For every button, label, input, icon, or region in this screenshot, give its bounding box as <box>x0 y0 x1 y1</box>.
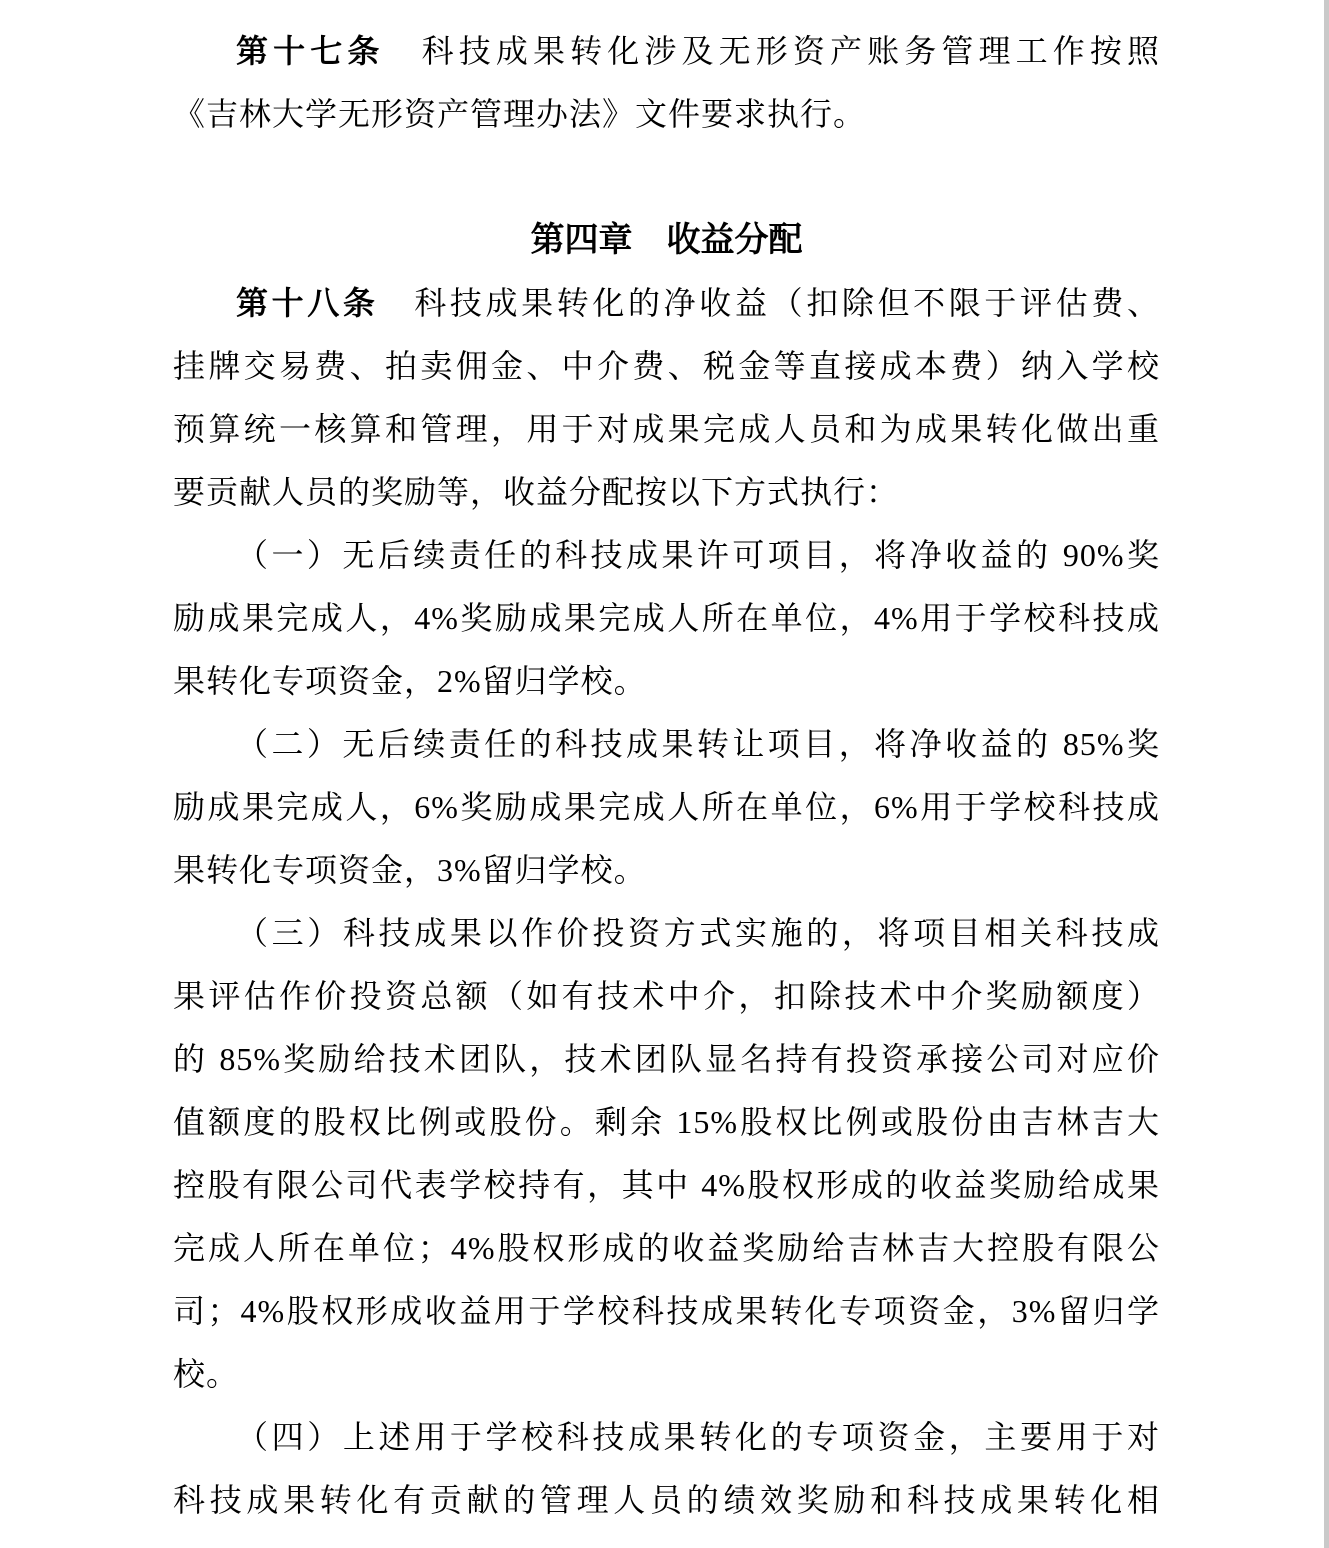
text-line: （一）无后续责任的科技成果许可项目，将净收益的 90%奖 <box>173 524 1160 587</box>
chapter-heading: 第四章 收益分配 <box>173 209 1160 272</box>
text-line: 校。 <box>173 1343 1160 1406</box>
text-line: （二）无后续责任的科技成果转让项目，将净收益的 85%奖 <box>173 713 1160 776</box>
text-line: 的 85%奖励给技术团队，技术团队显名持有投资承接公司对应价 <box>173 1028 1160 1091</box>
text-line-body: 科技成果转化涉及无形资产账务管理工作按照 <box>385 33 1160 69</box>
text-line: （三）科技成果以作价投资方式实施的，将项目相关科技成 <box>173 902 1160 965</box>
text-line: 励成果完成人，4%奖励成果完成人所在单位，4%用于学校科技成 <box>173 587 1160 650</box>
document-content: 第十七条 科技成果转化涉及无形资产账务管理工作按照 《吉林大学无形资产管理办法》… <box>173 20 1160 1532</box>
text-line: 第十七条 科技成果转化涉及无形资产账务管理工作按照 <box>173 20 1160 83</box>
text-line: 挂牌交易费、拍卖佣金、中介费、税金等直接成本费）纳入学校 <box>173 335 1160 398</box>
text-line: 控股有限公司代表学校持有，其中 4%股权形成的收益奖励给成果 <box>173 1154 1160 1217</box>
text-line: 要贡献人员的奖励等，收益分配按以下方式执行： <box>173 461 1160 524</box>
text-line: 司；4%股权形成收益用于学校科技成果转化专项资金，3%留归学 <box>173 1280 1160 1343</box>
text-line-body: 科技成果转化的净收益（扣除但不限于评估费、 <box>379 285 1160 321</box>
text-line: 果转化专项资金，2%留归学校。 <box>173 650 1160 713</box>
text-line: 科技成果转化有贡献的管理人员的绩效奖励和科技成果转化相 <box>173 1469 1160 1532</box>
page-edge-line <box>1324 0 1329 1548</box>
text-line: 完成人所在单位；4%股权形成的收益奖励给吉林吉大控股有限公 <box>173 1217 1160 1280</box>
text-line: 值额度的股权比例或股份。剩余 15%股权比例或股份由吉林吉大 <box>173 1091 1160 1154</box>
text-line: 《吉林大学无形资产管理办法》文件要求执行。 <box>173 83 1160 146</box>
text-line: （四）上述用于学校科技成果转化的专项资金，主要用于对 <box>173 1406 1160 1469</box>
text-line: 果转化专项资金，3%留归学校。 <box>173 839 1160 902</box>
text-line: 第十八条 科技成果转化的净收益（扣除但不限于评估费、 <box>173 272 1160 335</box>
article-number: 第十七条 <box>236 33 385 69</box>
text-line: 预算统一核算和管理，用于对成果完成人员和为成果转化做出重 <box>173 398 1160 461</box>
article-number: 第十八条 <box>236 285 379 321</box>
text-line: 励成果完成人，6%奖励成果完成人所在单位，6%用于学校科技成 <box>173 776 1160 839</box>
text-line: 果评估作价投资总额（如有技术中介，扣除技术中介奖励额度） <box>173 965 1160 1028</box>
